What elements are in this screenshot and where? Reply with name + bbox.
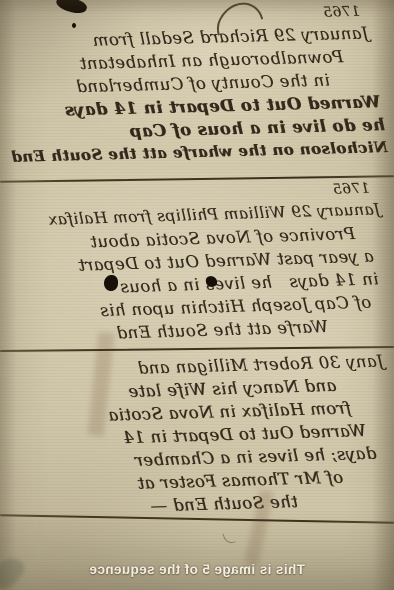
manuscript-page: 1765 January 29 Richard Sedall from Pown… bbox=[0, 0, 394, 590]
manuscript-entry-1: 1765 January 29 Richard Sedall from Pown… bbox=[6, 1, 390, 169]
manuscript-entry-2: 1765 January 29 William Phillips from Ha… bbox=[6, 178, 391, 348]
ink-blot bbox=[104, 275, 118, 291]
ink-blot bbox=[72, 23, 76, 28]
manuscript-entry-3: Jany 30 Robert Milligan and and Nancy hi… bbox=[6, 349, 391, 521]
sequence-caption: This is image 5 of the sequence bbox=[0, 562, 394, 577]
stray-ink-squiggle bbox=[222, 531, 235, 546]
